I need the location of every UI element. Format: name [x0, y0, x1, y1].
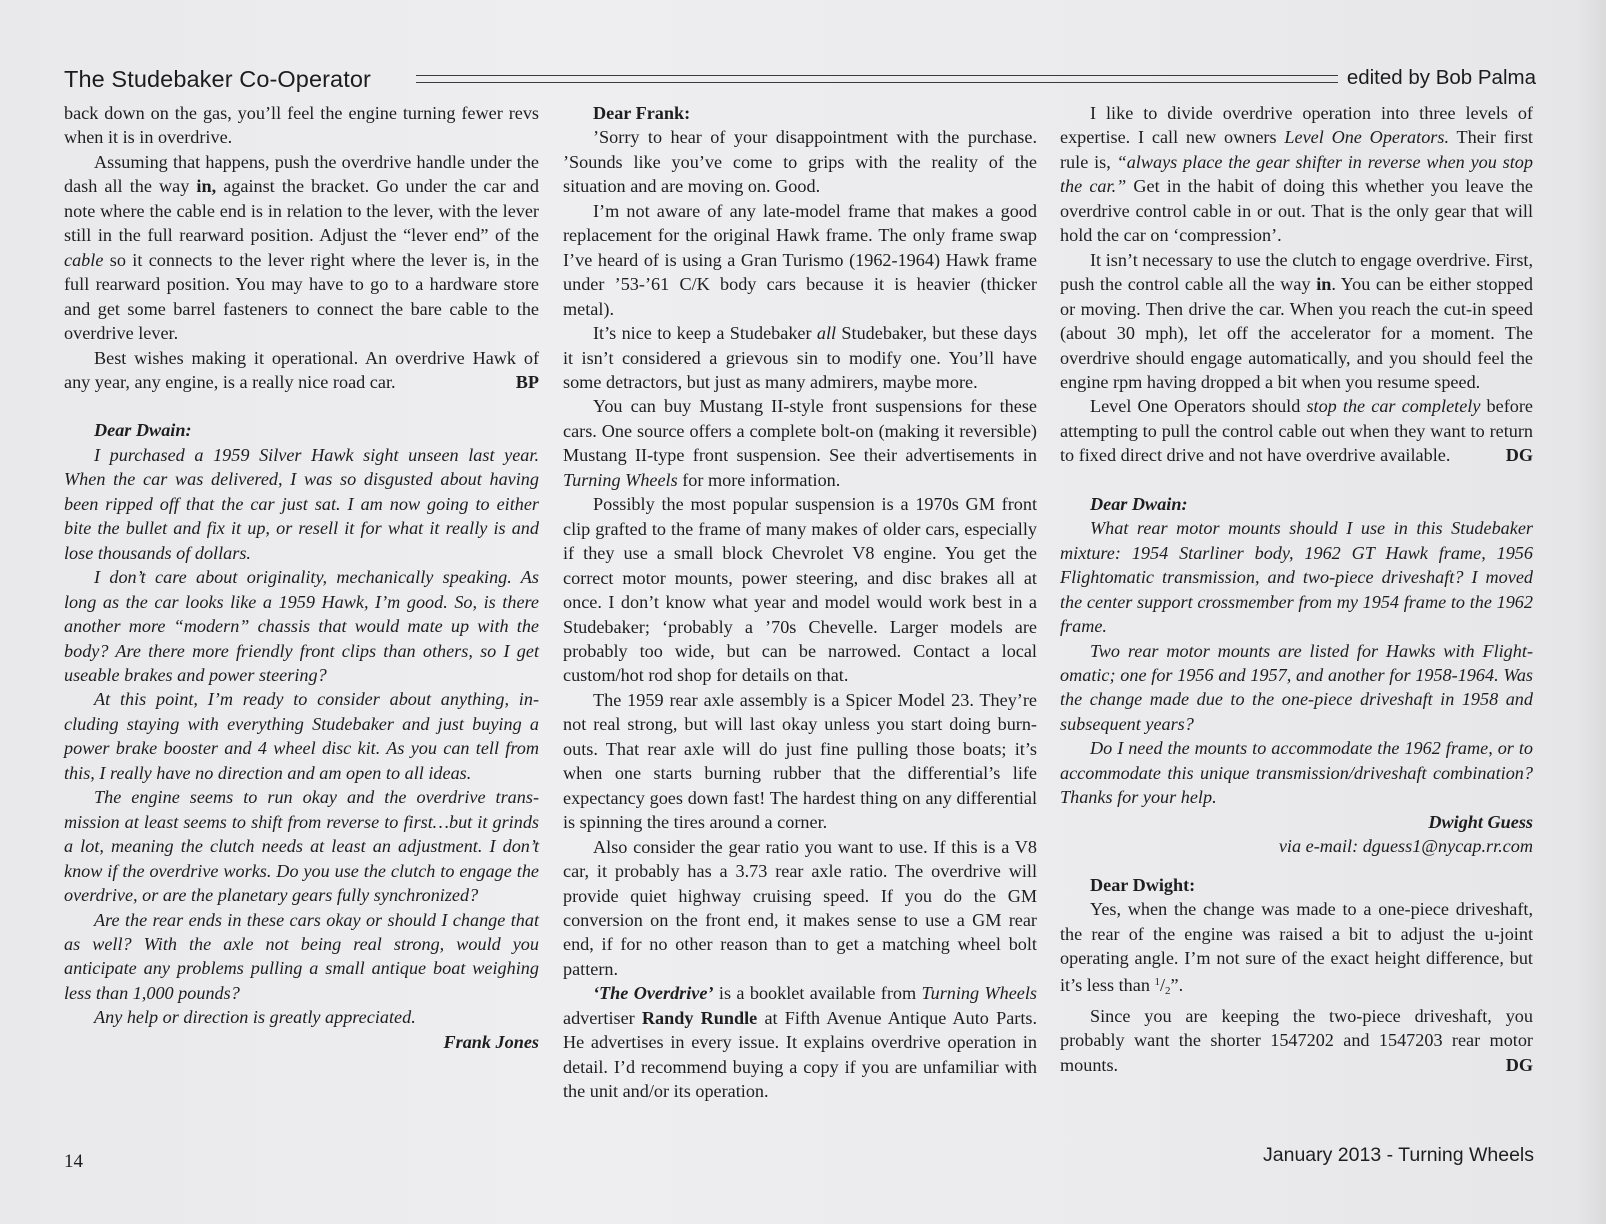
letter-paragraph: I don’t care about originality, mechanic…	[64, 565, 539, 687]
magazine-page: The Studebaker Co-Operator edited by Bob…	[0, 0, 1606, 1224]
paragraph: It isn’t necessary to use the clutch to …	[1060, 248, 1533, 395]
letter-paragraph: Two rear motor mounts are listed for Haw…	[1060, 639, 1533, 737]
letter-paragraph: What rear motor mounts should I use in t…	[1060, 516, 1533, 638]
paragraph: I like to divide overdrive operation int…	[1060, 101, 1533, 248]
reader-letter: Dear Dwain: What rear motor mounts shoul…	[1060, 492, 1533, 859]
paragraph: Yes, when the change was made to a one-p…	[1060, 897, 1533, 1004]
page-number: 14	[64, 1151, 83, 1173]
column-2: Dear Frank: ’Sorry to hear of your disap…	[563, 101, 1037, 1104]
page-header: The Studebaker Co-Operator edited by Bob…	[64, 66, 1536, 102]
reader-letter: Dear Dwain: I purchased a 1959 Silver Ha…	[64, 418, 539, 1054]
letter-paragraph: I purchased a 1959 Silver Hawk sight uns…	[64, 443, 539, 565]
paragraph: Possibly the most popular suspension is …	[563, 492, 1037, 688]
editor-credit: edited by Bob Palma	[1347, 66, 1536, 90]
issue-footer: January 2013 - Turning Wheels	[1263, 1144, 1534, 1167]
advertiser-name: Randy Rundle	[642, 1008, 757, 1028]
paragraph: The 1959 rear axle assembly is a Spicer …	[563, 688, 1037, 835]
header-double-rule	[416, 75, 1338, 83]
letter-paragraph: Are the rear ends in these cars okay or …	[64, 908, 539, 1006]
letter-signature: Dwight Guess	[1060, 810, 1533, 834]
spacer	[1060, 468, 1533, 492]
column-3: I like to divide overdrive operation int…	[1060, 101, 1533, 1077]
author-initials: DG	[1476, 443, 1533, 467]
author-initials: BP	[486, 370, 539, 394]
letter-email: via e-mail: dguess1@nycap.rr.com	[1060, 834, 1533, 858]
letter-paragraph: Any help or direction is greatly appreci…	[64, 1005, 539, 1029]
column-title: The Studebaker Co-Operator	[64, 66, 371, 93]
page-edge-shadow	[1576, 0, 1606, 1224]
paragraph: You can buy Mustang II-style front suspe…	[563, 394, 1037, 492]
reply-salutation: Dear Dwight:	[1060, 873, 1533, 897]
letter-salutation: Dear Dwain:	[1060, 492, 1533, 516]
paragraph: Assuming that happens, push the overdriv…	[64, 150, 539, 346]
spacer	[64, 394, 539, 418]
letter-signature: Frank Jones	[64, 1030, 539, 1054]
booklet-title: ‘The Overdrive’	[593, 983, 714, 1003]
paragraph: I’m not aware of any late-model frame th…	[563, 199, 1037, 321]
paragraph: Level One Operators should stop the car …	[1060, 394, 1533, 467]
letter-paragraph: The engine seems to run okay and the ove…	[64, 785, 539, 907]
paragraph: Since you are keeping the two-piece driv…	[1060, 1004, 1533, 1077]
paragraph: ‘The Overdrive’ is a booklet available f…	[563, 981, 1037, 1103]
letter-salutation: Dear Dwain:	[64, 418, 539, 442]
spacer	[1060, 859, 1533, 873]
paragraph: back down on the gas, you’ll feel the en…	[64, 101, 539, 150]
paragraph: ’Sorry to hear of your disappointment wi…	[563, 125, 1037, 198]
paragraph: Best wishes making it operational. An ov…	[64, 346, 539, 395]
reply-salutation: Dear Frank:	[563, 101, 1037, 125]
author-initials: DG	[1476, 1053, 1533, 1077]
paragraph: Also consider the gear ratio you want to…	[563, 835, 1037, 982]
letter-paragraph: At this point, I’m ready to consider abo…	[64, 687, 539, 785]
column-1: back down on the gas, you’ll feel the en…	[64, 101, 539, 1054]
letter-paragraph: Do I need the mounts to accommodate the …	[1060, 736, 1533, 809]
paragraph: It’s nice to keep a Studebaker all Stude…	[563, 321, 1037, 394]
